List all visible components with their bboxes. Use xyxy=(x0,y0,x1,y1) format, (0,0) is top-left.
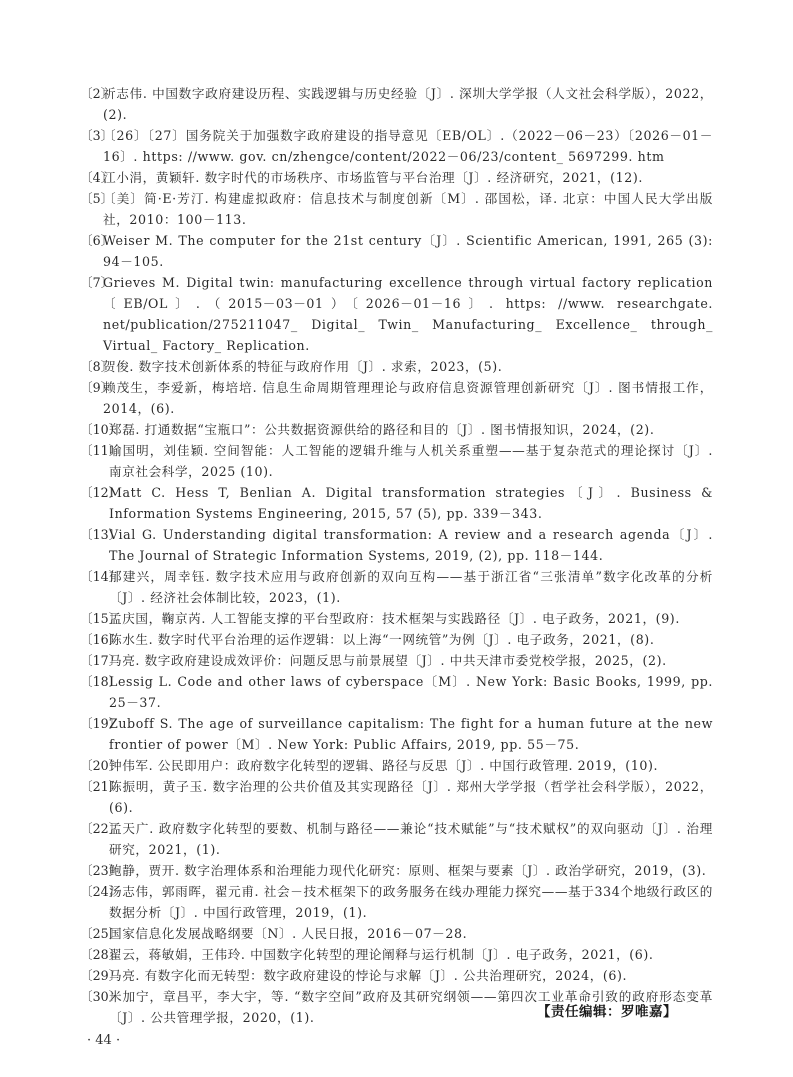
reference-text: 郑磊. 打通数据“宝瓶口”：公共数据资源供给的路径和目的〔J〕. 图书情报知识，… xyxy=(109,419,713,440)
reference-item: 〔2〕祈志伟. 中国数字政府建设历程、实践逻辑与历史经验〔J〕. 深圳大学学报（… xyxy=(83,83,713,125)
reference-item: 〔3〕〔26〕〔27〕国务院关于加强数字政府建设的指导意见〔EB/OL〕.（20… xyxy=(83,125,713,167)
reference-item: 〔4〕江小涓，黄颖轩. 数字时代的市场秩序、市场监管与平台治理〔J〕. 经济研究… xyxy=(83,167,713,188)
reference-item: 〔20〕钟伟军. 公民即用户：政府数字化转型的逻辑、路径与反思〔J〕. 中国行政… xyxy=(83,755,713,776)
reference-list: 〔2〕祈志伟. 中国数字政府建设历程、实践逻辑与历史经验〔J〕. 深圳大学学报（… xyxy=(83,83,713,1028)
reference-item: 〔17〕马亮. 数字政府建设成效评价：问题反思与前景展望〔J〕. 中共天津市委党… xyxy=(83,650,713,671)
reference-number: 〔28〕 xyxy=(80,944,121,965)
reference-number: 〔23〕 xyxy=(80,860,121,881)
reference-number: 〔21〕 xyxy=(80,776,121,797)
reference-text: 贺俊. 数字技术创新体系的特征与政府作用〔J〕. 求索，2023，(5). xyxy=(103,356,713,377)
reference-number: 〔7〕 xyxy=(80,272,113,293)
reference-text: 〔美〕简·E·芳汀. 构建虚拟政府：信息技术与制度创新〔M〕. 邵国松，译. 北… xyxy=(103,188,713,230)
reference-item: 〔19〕Zuboff S. The age of surveillance ca… xyxy=(83,713,713,755)
reference-text: Grieves M. Digital twin: manufacturing e… xyxy=(103,272,713,356)
page-number: · 44 · xyxy=(87,1033,120,1048)
reference-text: Zuboff S. The age of surveillance capita… xyxy=(109,713,713,755)
reference-text: 赖茂生，李爱新，梅培培. 信息生命周期管理理论与政府信息资源管理创新研究〔J〕.… xyxy=(103,377,713,419)
reference-number: 〔25〕 xyxy=(80,923,121,944)
reference-number: 〔12〕 xyxy=(80,482,121,503)
reference-text: 马亮. 有数字化而无转型：数字政府建设的悖论与求解〔J〕. 公共治理研究，202… xyxy=(109,965,713,986)
reference-item: 〔14〕郁建兴，周幸钰. 数字技术应用与政府创新的双向互构——基于浙江省“三张清… xyxy=(83,566,713,608)
reference-number: 〔6〕 xyxy=(80,230,113,251)
reference-item: 〔7〕Grieves M. Digital twin: manufacturin… xyxy=(83,272,713,356)
reference-text: 陈水生. 数字时代平台治理的运作逻辑：以上海“一网统管”为例〔J〕. 电子政务，… xyxy=(109,629,713,650)
reference-number: 〔18〕 xyxy=(80,671,121,692)
reference-item: 〔15〕孟庆国，鞠京芮. 人工智能支撑的平台型政府：技术框架与实践路径〔J〕. … xyxy=(83,608,713,629)
reference-text: Lessig L. Code and other laws of cybersp… xyxy=(109,671,713,713)
reference-number: 〔5〕 xyxy=(80,188,113,209)
reference-text: 翟云，蒋敏娟，王伟玲. 中国数字化转型的理论阐释与运行机制〔J〕. 电子政务，2… xyxy=(109,944,713,965)
reference-item: 〔23〕鲍静，贾开. 数字治理体系和治理能力现代化研究：原则、框架与要素〔J〕.… xyxy=(83,860,713,881)
reference-item: 〔5〕〔美〕简·E·芳汀. 构建虚拟政府：信息技术与制度创新〔M〕. 邵国松，译… xyxy=(83,188,713,230)
reference-text: 孟庆国，鞠京芮. 人工智能支撑的平台型政府：技术框架与实践路径〔J〕. 电子政务… xyxy=(109,608,713,629)
reference-number: 〔29〕 xyxy=(80,965,121,986)
reference-number: 〔30〕 xyxy=(80,986,121,1007)
reference-number: 〔13〕 xyxy=(80,524,121,545)
reference-item: 〔22〕孟天广. 政府数字化转型的要数、机制与路径——兼论“技术赋能”与“技术赋… xyxy=(83,818,713,860)
reference-number: 〔10〕 xyxy=(80,419,121,440)
reference-text: 江小涓，黄颖轩. 数字时代的市场秩序、市场监管与平台治理〔J〕. 经济研究，20… xyxy=(103,167,713,188)
reference-item: 〔13〕Vial G. Understanding digital transf… xyxy=(83,524,713,566)
reference-text: 鲍静，贾开. 数字治理体系和治理能力现代化研究：原则、框架与要素〔J〕. 政治学… xyxy=(109,860,713,881)
reference-number: 〔11〕 xyxy=(80,440,121,461)
reference-item: 〔25〕国家信息化发展战略纲要〔N〕. 人民日报，2016－07－28. xyxy=(83,923,713,944)
reference-number: 〔2〕 xyxy=(80,83,113,104)
reference-item: 〔10〕郑磊. 打通数据“宝瓶口”：公共数据资源供给的路径和目的〔J〕. 图书情… xyxy=(83,419,713,440)
reference-text: 祈志伟. 中国数字政府建设历程、实践逻辑与历史经验〔J〕. 深圳大学学报（人文社… xyxy=(103,83,713,125)
reference-number: 〔16〕 xyxy=(80,629,121,650)
reference-item: 〔8〕贺俊. 数字技术创新体系的特征与政府作用〔J〕. 求索，2023，(5). xyxy=(83,356,713,377)
reference-number: 〔15〕 xyxy=(80,608,121,629)
reference-number: 〔8〕 xyxy=(80,356,113,377)
reference-item: 〔16〕陈水生. 数字时代平台治理的运作逻辑：以上海“一网统管”为例〔J〕. 电… xyxy=(83,629,713,650)
reference-number: 〔22〕 xyxy=(80,818,121,839)
reference-text: 马亮. 数字政府建设成效评价：问题反思与前景展望〔J〕. 中共天津市委党校学报，… xyxy=(109,650,713,671)
reference-number: 〔3〕 xyxy=(80,125,113,146)
reference-number: 〔20〕 xyxy=(80,755,121,776)
reference-text: 国家信息化发展战略纲要〔N〕. 人民日报，2016－07－28. xyxy=(109,923,713,944)
reference-number: 〔17〕 xyxy=(80,650,121,671)
reference-item: 〔12〕Matt C. Hess T, Benlian A. Digital t… xyxy=(83,482,713,524)
reference-number: 〔19〕 xyxy=(80,713,121,734)
reference-text: 郁建兴，周幸钰. 数字技术应用与政府创新的双向互构——基于浙江省“三张清单”数字… xyxy=(109,566,713,608)
reference-item: 〔24〕汤志伟，郭雨晖，翟元甫. 社会－技术框架下的政务服务在线办理能力探究——… xyxy=(83,881,713,923)
reference-number: 〔24〕 xyxy=(80,881,121,902)
reference-text: 陈振明，黄子玉. 数字治理的公共价值及其实现路径〔J〕. 郑州大学学报（哲学社会… xyxy=(109,776,713,818)
reference-text: Weiser M. The computer for the 21st cent… xyxy=(103,230,713,272)
reference-text: 孟天广. 政府数字化转型的要数、机制与路径——兼论“技术赋能”与“技术赋权”的双… xyxy=(109,818,713,860)
reference-item: 〔18〕Lessig L. Code and other laws of cyb… xyxy=(83,671,713,713)
reference-item: 〔9〕赖茂生，李爱新，梅培培. 信息生命周期管理理论与政府信息资源管理创新研究〔… xyxy=(83,377,713,419)
reference-item: 〔6〕Weiser M. The computer for the 21st c… xyxy=(83,230,713,272)
reference-text: 〔26〕〔27〕国务院关于加强数字政府建设的指导意见〔EB/OL〕.（2022－… xyxy=(103,125,713,167)
reference-text: Vial G. Understanding digital transforma… xyxy=(109,524,713,566)
editor-note: 【责任编辑：罗唯嘉】 xyxy=(537,1000,677,1020)
reference-number: 〔9〕 xyxy=(80,377,113,398)
reference-item: 〔21〕陈振明，黄子玉. 数字治理的公共价值及其实现路径〔J〕. 郑州大学学报（… xyxy=(83,776,713,818)
reference-item: 〔29〕马亮. 有数字化而无转型：数字政府建设的悖论与求解〔J〕. 公共治理研究… xyxy=(83,965,713,986)
reference-number: 〔14〕 xyxy=(80,566,121,587)
reference-item: 〔28〕翟云，蒋敏娟，王伟玲. 中国数字化转型的理论阐释与运行机制〔J〕. 电子… xyxy=(83,944,713,965)
reference-number: 〔4〕 xyxy=(80,167,113,188)
reference-text: 钟伟军. 公民即用户：政府数字化转型的逻辑、路径与反思〔J〕. 中国行政管理. … xyxy=(109,755,713,776)
reference-text: Matt C. Hess T, Benlian A. Digital trans… xyxy=(109,482,713,524)
reference-text: 喻国明，刘佳颖. 空间智能：人工智能的逻辑升维与人机关系重塑——基于复杂范式的理… xyxy=(109,440,713,482)
reference-item: 〔11〕喻国明，刘佳颖. 空间智能：人工智能的逻辑升维与人机关系重塑——基于复杂… xyxy=(83,440,713,482)
reference-text: 汤志伟，郭雨晖，翟元甫. 社会－技术框架下的政务服务在线办理能力探究——基于33… xyxy=(109,881,713,923)
